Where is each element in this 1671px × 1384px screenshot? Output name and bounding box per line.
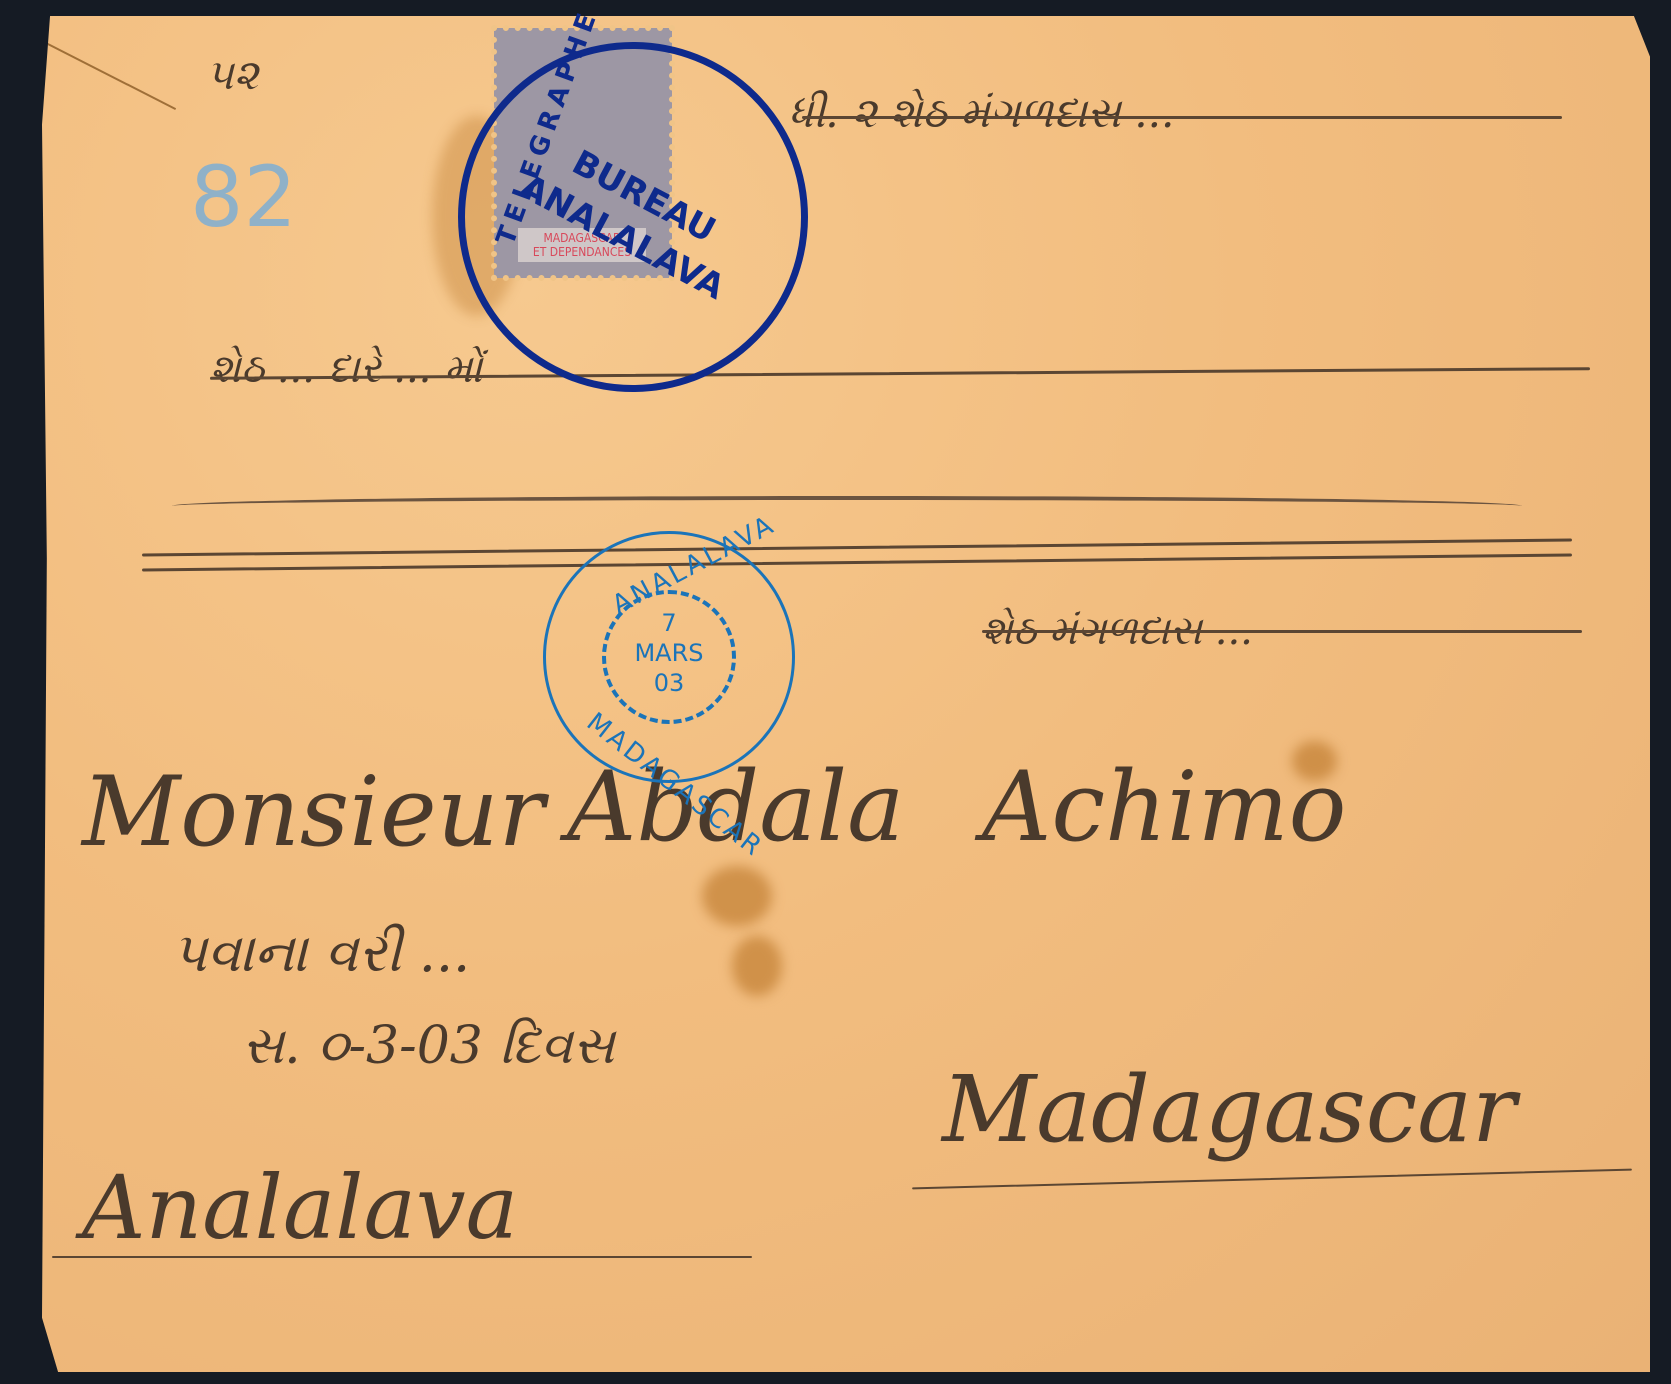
postmark-year: 03 — [606, 668, 732, 698]
address-salutation: Monsieur — [82, 756, 544, 868]
postmark-date: 7 MARS 03 — [602, 590, 736, 724]
rule-line — [142, 554, 1572, 572]
rule-line — [142, 539, 1572, 557]
postmark-month: MARS — [606, 638, 732, 668]
underline — [912, 1169, 1632, 1190]
address-country: Madagascar — [942, 1056, 1516, 1163]
ink-stain — [732, 936, 782, 996]
strike-line — [982, 630, 1582, 633]
bureau-cancel-postmark: TELEGRAPHE BUREAU ANALALAVA — [458, 42, 808, 392]
underline — [52, 1256, 752, 1258]
ink-stain — [702, 866, 772, 926]
postmark-day: 7 — [606, 608, 732, 638]
docket-mark: ૫૨ — [206, 50, 258, 100]
fold-crease — [42, 40, 177, 110]
date-postmark: ANALALAVA 7 MARS 03 MADAGASCAR — [543, 531, 795, 783]
address-last-name: Achimo — [982, 751, 1346, 863]
address-town: Analalava — [82, 1156, 518, 1259]
envelope: ૫૨ 82 ધી. ૨ શેઠ મંગળદાસ ... શેઠ ... દારે… — [42, 16, 1650, 1372]
script-line-2: શેઠ ... દારે ... મોં — [210, 346, 482, 392]
script-line-4: પવાના વરી ... — [172, 921, 470, 985]
script-date: સ. ૦-3-03 દિવસ — [242, 1016, 615, 1077]
script-line-1: ધી. ૨ શેઠ મંગળદાસ ... — [788, 88, 1174, 138]
strike-line — [802, 116, 1562, 119]
pencil-number: 82 — [190, 148, 297, 246]
cancel-center: BUREAU ANALALAVA — [512, 124, 754, 311]
flourish-line — [172, 496, 1522, 516]
